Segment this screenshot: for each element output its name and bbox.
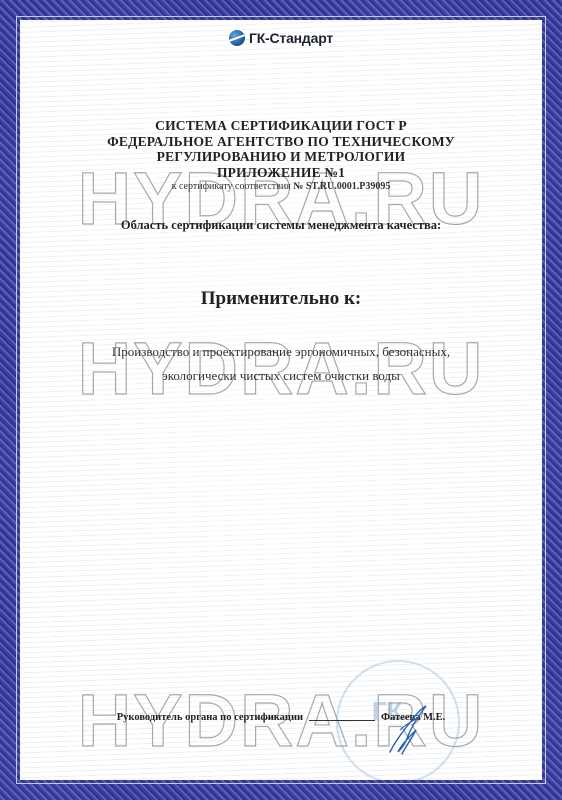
header-line-2: ФЕДЕРАЛЬНОЕ АГЕНТСТВО ПО ТЕХНИЧЕСКОМУ (20, 134, 542, 150)
certificate-prefix: к сертификату соответствия (172, 181, 291, 192)
signatory-role: Руководитель органа по сертификации (117, 712, 303, 723)
header-line-3: РЕГУЛИРОВАНИЮ И МЕТРОЛОГИИ (20, 149, 542, 165)
scope-title: Область сертификации системы менеджмента… (20, 218, 542, 233)
certificate-page: HYDRA.RU HYDRA.RU HYDRA.RU ГК ГК-Стандар… (0, 0, 562, 800)
certificate-reference: к сертификату соответствия № ST.RU.0001.… (20, 180, 542, 193)
certificate-number: № ST.RU.0001.P39095 (293, 181, 390, 192)
signature-line (309, 719, 375, 721)
globe-icon (229, 30, 245, 46)
scope-description-line-2: экологически чистых систем очистки воды (20, 364, 542, 388)
certificate-header: СИСТЕМА СЕРТИФИКАЦИИ ГОСТ Р ФЕДЕРАЛЬНОЕ … (20, 118, 542, 193)
signature-block: Руководитель органа по сертификации Фате… (20, 712, 542, 723)
certificate-sheet: HYDRA.RU HYDRA.RU HYDRA.RU ГК ГК-Стандар… (20, 20, 542, 780)
header-line-1: СИСТЕМА СЕРТИФИКАЦИИ ГОСТ Р (20, 118, 542, 134)
appendix-title: ПРИЛОЖЕНИЕ №1 (20, 165, 542, 181)
logo-text: ГК-Стандарт (249, 30, 333, 46)
scope-description: Производство и проектирование эргономичн… (20, 340, 542, 388)
logo: ГК-Стандарт (20, 30, 542, 46)
signature-scribble (382, 700, 432, 760)
scope-description-line-1: Производство и проектирование эргономичн… (20, 340, 542, 364)
applies-title: Применительно к: (20, 288, 542, 310)
